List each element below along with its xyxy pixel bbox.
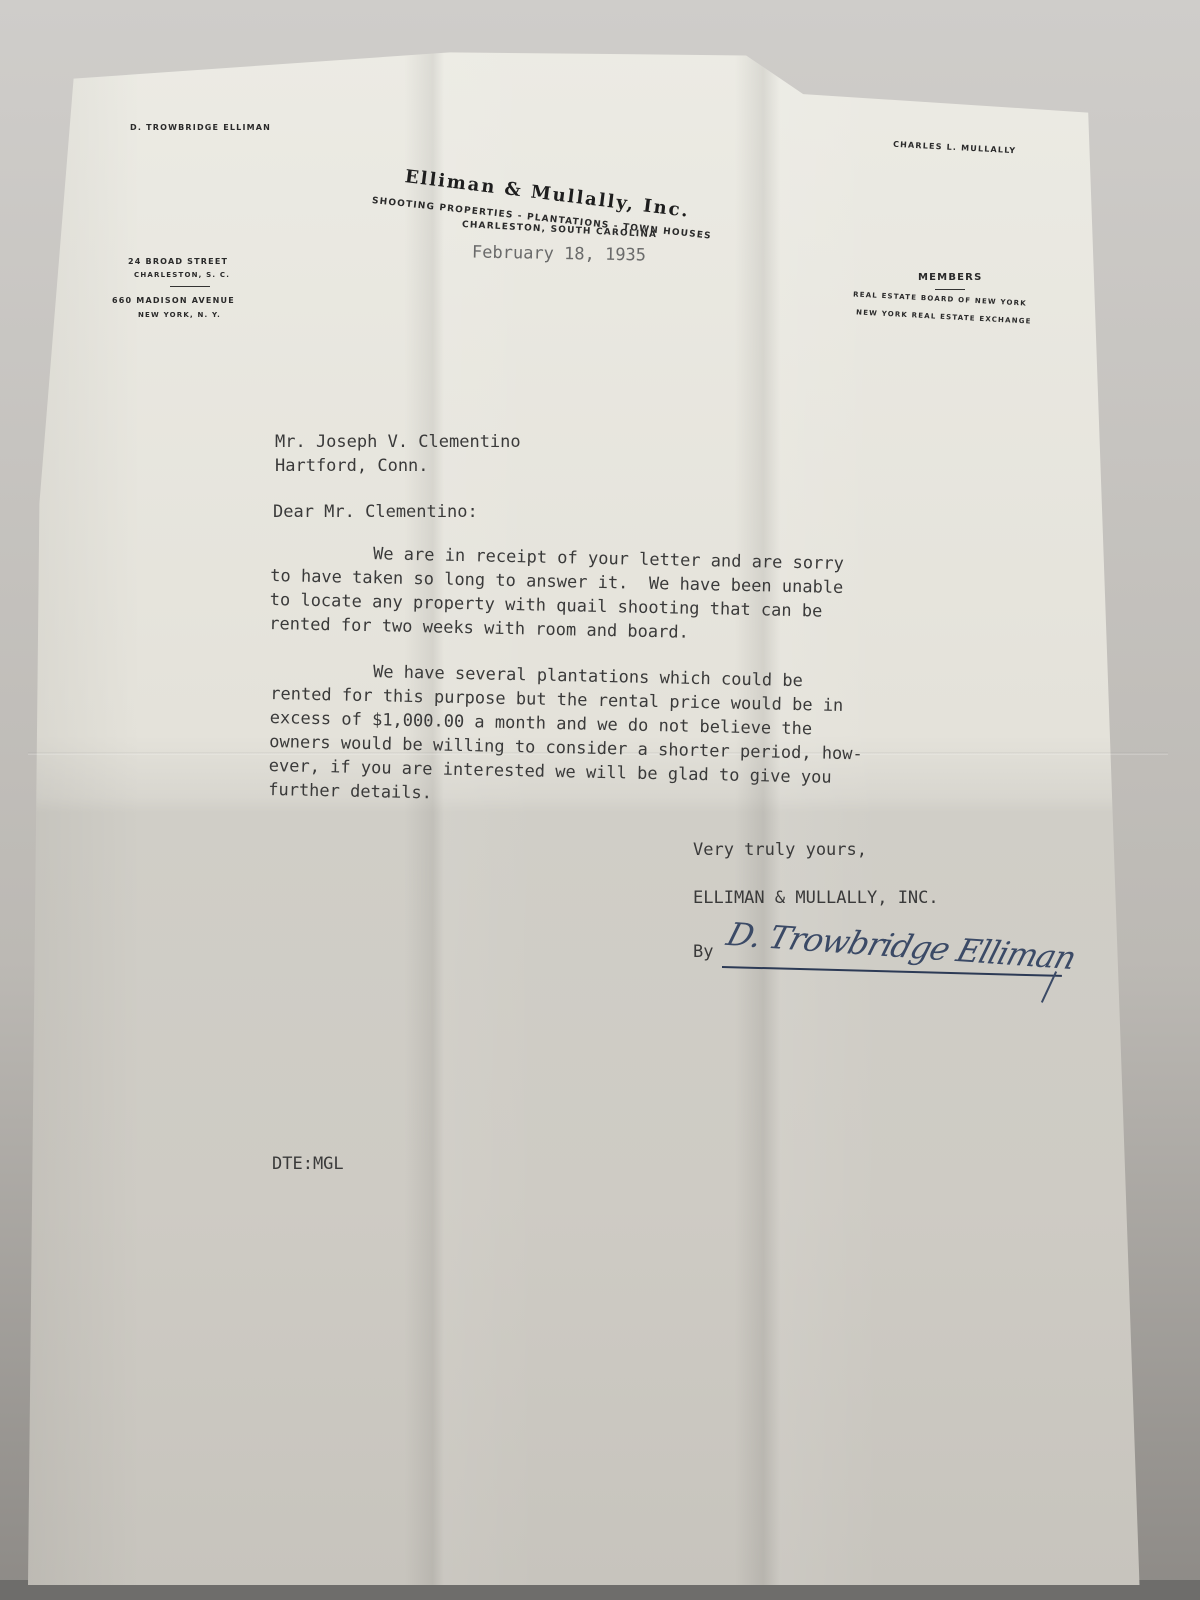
body-paragraph-1: We are in receipt of your letter and are… (269, 540, 844, 648)
salutation: Dear Mr. Clementino: (273, 500, 478, 524)
address-divider (170, 286, 210, 287)
address-1-street: 24 Broad Street (128, 257, 228, 266)
letter-date: February 18, 1935 (472, 240, 646, 267)
members-heading: Members (918, 272, 983, 283)
recipient-address: Mr. Joseph V. Clementino Hartford, Conn. (275, 430, 521, 478)
address-2-city: New York, N. Y. (138, 311, 221, 319)
left-partner-name: D. Trowbridge Elliman (130, 123, 271, 132)
closing-block: Very truly yours, ELLIMAN & MULLALLY, IN… (693, 826, 939, 922)
address-1-city: Charleston, S. C. (134, 271, 230, 279)
signature-company: ELLIMAN & MULLALLY, INC. (693, 888, 939, 908)
reference-initials: DTE:MGL (272, 1152, 344, 1176)
recipient-city: Hartford, Conn. (275, 456, 429, 476)
complimentary-close: Very truly yours, (693, 840, 867, 860)
recipient-name: Mr. Joseph V. Clementino (275, 432, 521, 452)
body-paragraph-2: We have several plantations which could … (268, 658, 865, 814)
members-divider (935, 289, 965, 290)
address-2-street: 660 Madison Avenue (112, 296, 235, 305)
by-label: By (693, 942, 713, 962)
